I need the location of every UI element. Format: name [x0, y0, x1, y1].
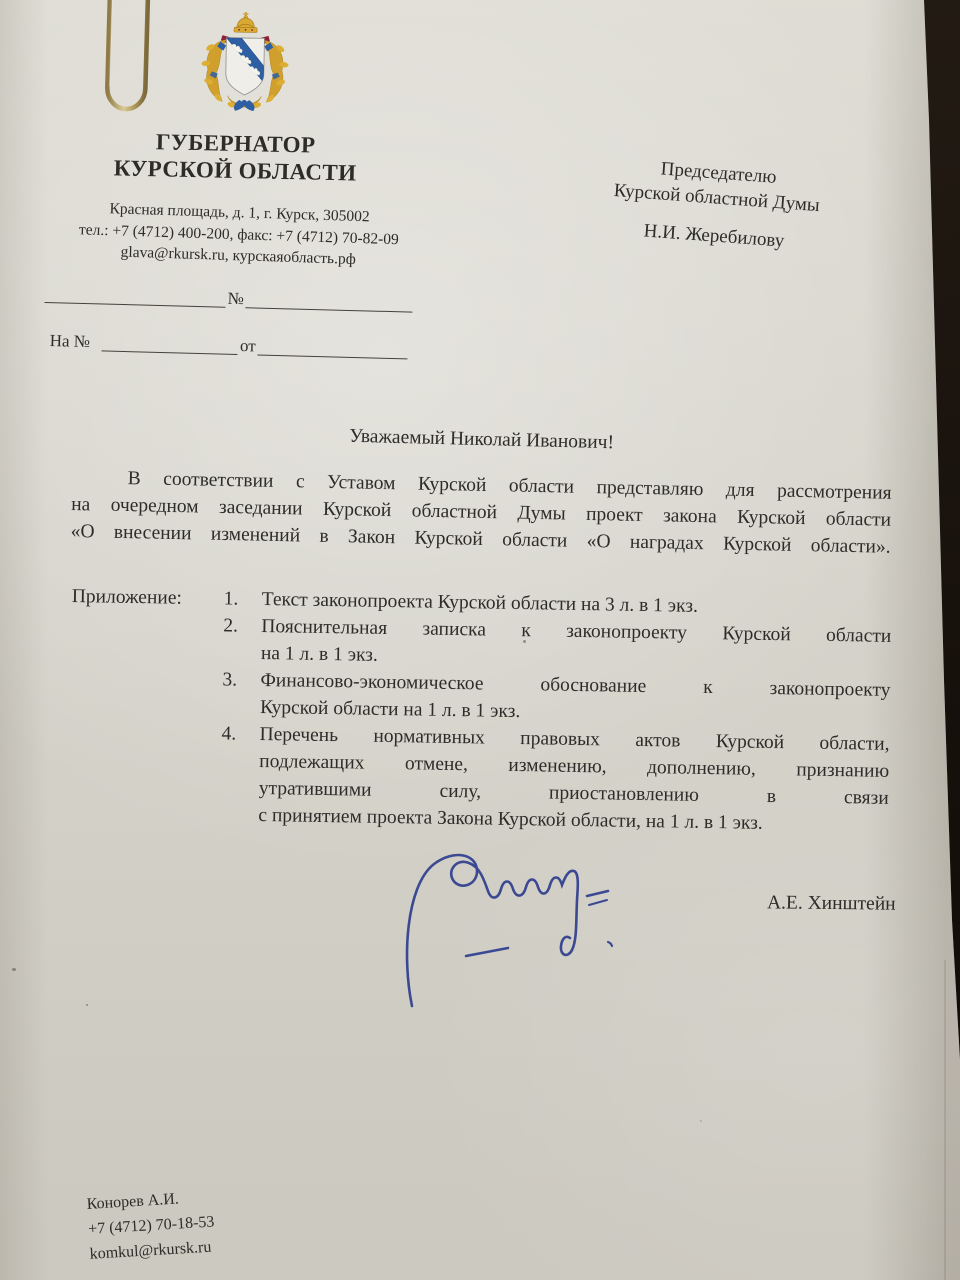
blank-line — [45, 285, 226, 308]
attachments-section: Приложение: 1. Текст законопроекта Курск… — [68, 583, 892, 839]
reference-reply-row: На № от — [48, 331, 408, 359]
recipient-block: Председателю Курской областной Думы Н.И.… — [554, 149, 880, 260]
recipient-name: Н.И. Жеребилову — [554, 212, 875, 260]
item-number: 4. — [221, 720, 236, 747]
body-paragraph: В соответствии с Уставом Курской области… — [70, 464, 891, 561]
list-item: 4. Перечень нормативных правовых актов К… — [220, 720, 890, 838]
org-title-line2: КУРСКОЙ ОБЛАСТИ — [95, 154, 376, 187]
paper-crease — [944, 960, 946, 1280]
letterhead-contacts: Красная площадь, д. 1, г. Курск, 305002 … — [38, 196, 440, 273]
item-number: 1. — [224, 585, 239, 612]
item-number: 3. — [222, 666, 237, 693]
attachments-list: 1. Текст законопроекта Курской области н… — [220, 585, 892, 838]
photo-background: ГУБЕРНАТОР КУРСКОЙ ОБЛАСТИ Красная площа… — [0, 0, 960, 1280]
blank-line — [102, 333, 238, 355]
signatory-name: А.Е. Хинштейн — [767, 892, 896, 915]
number-sign-label: № — [225, 289, 246, 309]
letterhead-title: ГУБЕРНАТОР КУРСКОЙ ОБЛАСТИ — [95, 127, 376, 187]
signature-handwriting — [396, 838, 638, 1014]
reply-to-label: На № — [48, 331, 93, 351]
reference-number-row: № — [45, 284, 414, 313]
paperclip-icon — [95, 0, 159, 137]
blank-line — [246, 290, 413, 312]
from-label: от — [238, 336, 258, 356]
blank-line — [257, 337, 407, 359]
kursk-coat-of-arms-icon — [195, 11, 295, 115]
executor-contact: Конорев А.И. +7 (4712) 70-18-53 komkul@r… — [86, 1185, 217, 1267]
attachments-label: Приложение: — [72, 583, 182, 612]
letter-document: ГУБЕРНАТОР КУРСКОЙ ОБЛАСТИ Красная площа… — [0, 0, 960, 1280]
salutation: Уважаемый Николай Иванович! — [71, 419, 891, 461]
item-number: 2. — [223, 612, 238, 639]
